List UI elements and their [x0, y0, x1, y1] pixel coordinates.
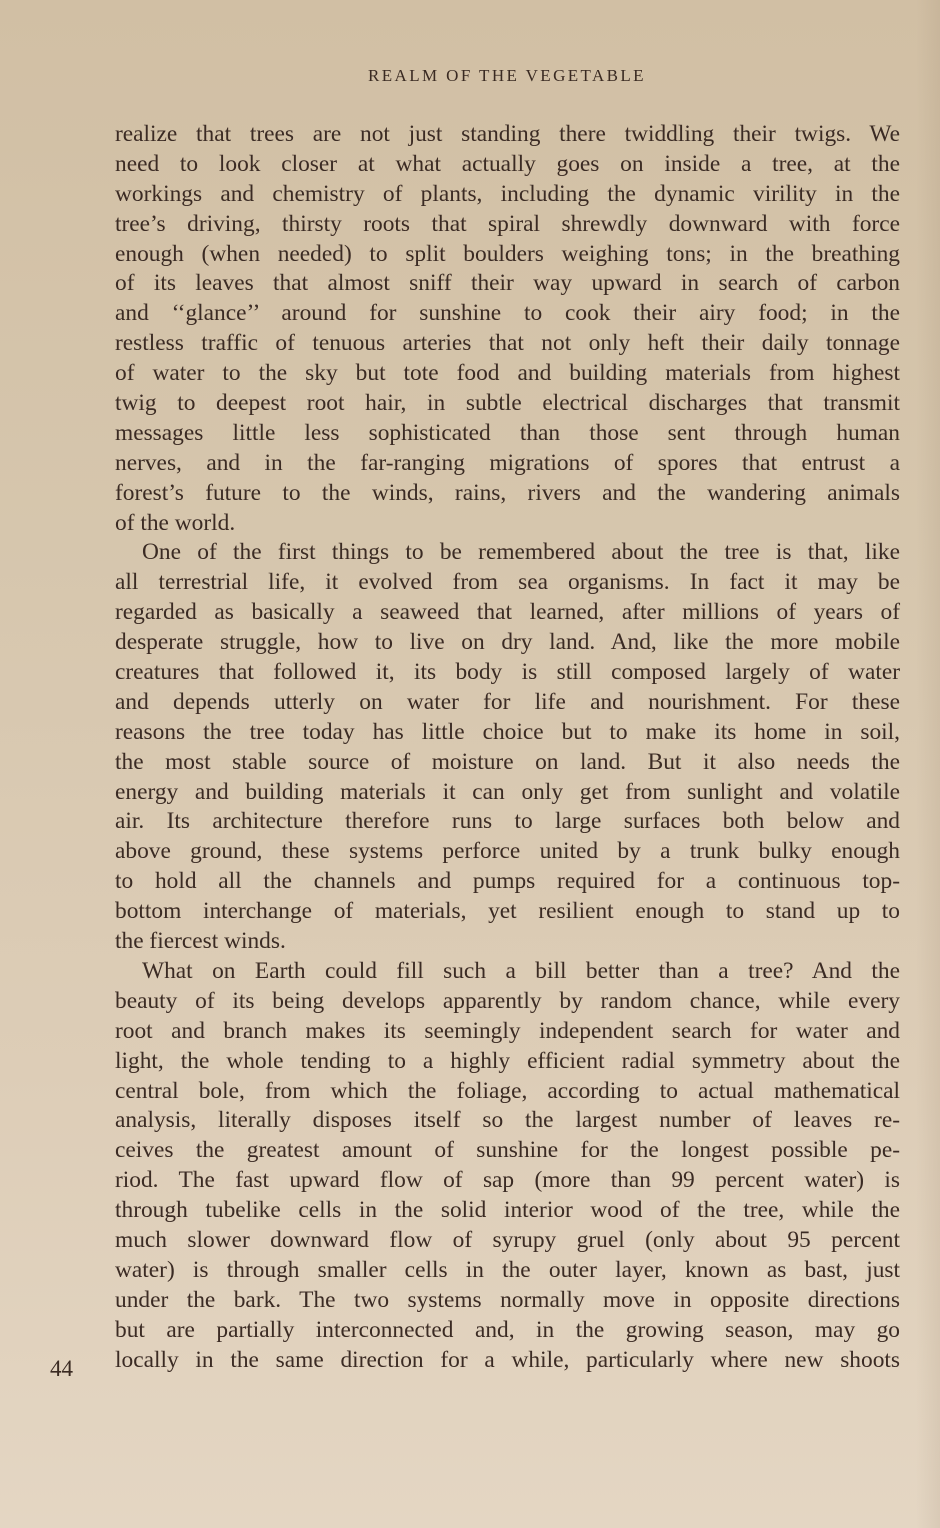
text-line: and depends utterly on water for life an… — [115, 688, 900, 718]
running-head: REALM OF THE VEGETABLE — [0, 66, 940, 86]
paragraph: One of the first things to be remembered… — [115, 538, 900, 956]
text-line: and ‘‘glance’’ around for sunshine to co… — [115, 299, 900, 329]
text-line: enough (when needed) to split boulders w… — [115, 240, 900, 270]
text-line: light, the whole tending to a highly eff… — [115, 1047, 900, 1077]
text-line: creatures that followed it, its body is … — [115, 658, 900, 688]
text-line: nerves, and in the far-ranging migration… — [115, 449, 900, 479]
text-line: water) is through smaller cells in the o… — [115, 1256, 900, 1286]
text-line: What on Earth could fill such a bill bet… — [115, 957, 900, 987]
paragraph: realize that trees are not just standing… — [115, 120, 900, 538]
text-line: root and branch makes its seemingly inde… — [115, 1017, 900, 1047]
text-line: energy and building materials it can onl… — [115, 778, 900, 808]
text-line: desperate struggle, how to live on dry l… — [115, 628, 900, 658]
text-line: workings and chemistry of plants, includ… — [115, 180, 900, 210]
text-line: but are partially interconnected and, in… — [115, 1316, 900, 1346]
text-line: need to look closer at what actually goe… — [115, 150, 900, 180]
text-line: forest’s future to the winds, rains, riv… — [115, 479, 900, 509]
text-line: beauty of its being develops apparently … — [115, 987, 900, 1017]
text-line: all terrestrial life, it evolved from se… — [115, 568, 900, 598]
page-edge-shadow — [916, 0, 940, 1528]
text-line: through tubelike cells in the solid inte… — [115, 1196, 900, 1226]
text-line: twig to deepest root hair, in subtle ele… — [115, 389, 900, 419]
text-line: much slower downward flow of syrupy grue… — [115, 1226, 900, 1256]
text-line: restless traffic of tenuous arteries tha… — [115, 329, 900, 359]
text-line: air. Its architecture therefore runs to … — [115, 807, 900, 837]
text-line: of its leaves that almost sniff their wa… — [115, 269, 900, 299]
body-text: realize that trees are not just standing… — [115, 120, 900, 1375]
text-line: riod. The fast upward flow of sap (more … — [115, 1166, 900, 1196]
text-line: reasons the tree today has little choice… — [115, 718, 900, 748]
text-line: One of the first things to be remembered… — [115, 538, 900, 568]
text-line: realize that trees are not just standing… — [115, 120, 900, 150]
text-line: messages little less sophisticated than … — [115, 419, 900, 449]
text-line: of the world. — [115, 509, 900, 539]
text-line: locally in the same direction for a whil… — [115, 1346, 900, 1376]
text-line: tree’s driving, thirsty roots that spira… — [115, 210, 900, 240]
text-line: the most stable source of moisture on la… — [115, 748, 900, 778]
text-line: to hold all the channels and pumps requi… — [115, 867, 900, 897]
text-line: analysis, literally disposes itself so t… — [115, 1106, 900, 1136]
text-line: ceives the greatest amount of sunshine f… — [115, 1136, 900, 1166]
text-line: above ground, these systems perforce uni… — [115, 837, 900, 867]
text-line: the fiercest winds. — [115, 927, 900, 957]
text-line: regarded as basically a seaweed that lea… — [115, 598, 900, 628]
text-line: bottom interchange of materials, yet res… — [115, 897, 900, 927]
paragraph: What on Earth could fill such a bill bet… — [115, 957, 900, 1375]
text-line: central bole, from which the foliage, ac… — [115, 1077, 900, 1107]
text-line: under the bark. The two systems normally… — [115, 1286, 900, 1316]
text-line: of water to the sky but tote food and bu… — [115, 359, 900, 389]
page-number: 44 — [50, 1356, 73, 1382]
